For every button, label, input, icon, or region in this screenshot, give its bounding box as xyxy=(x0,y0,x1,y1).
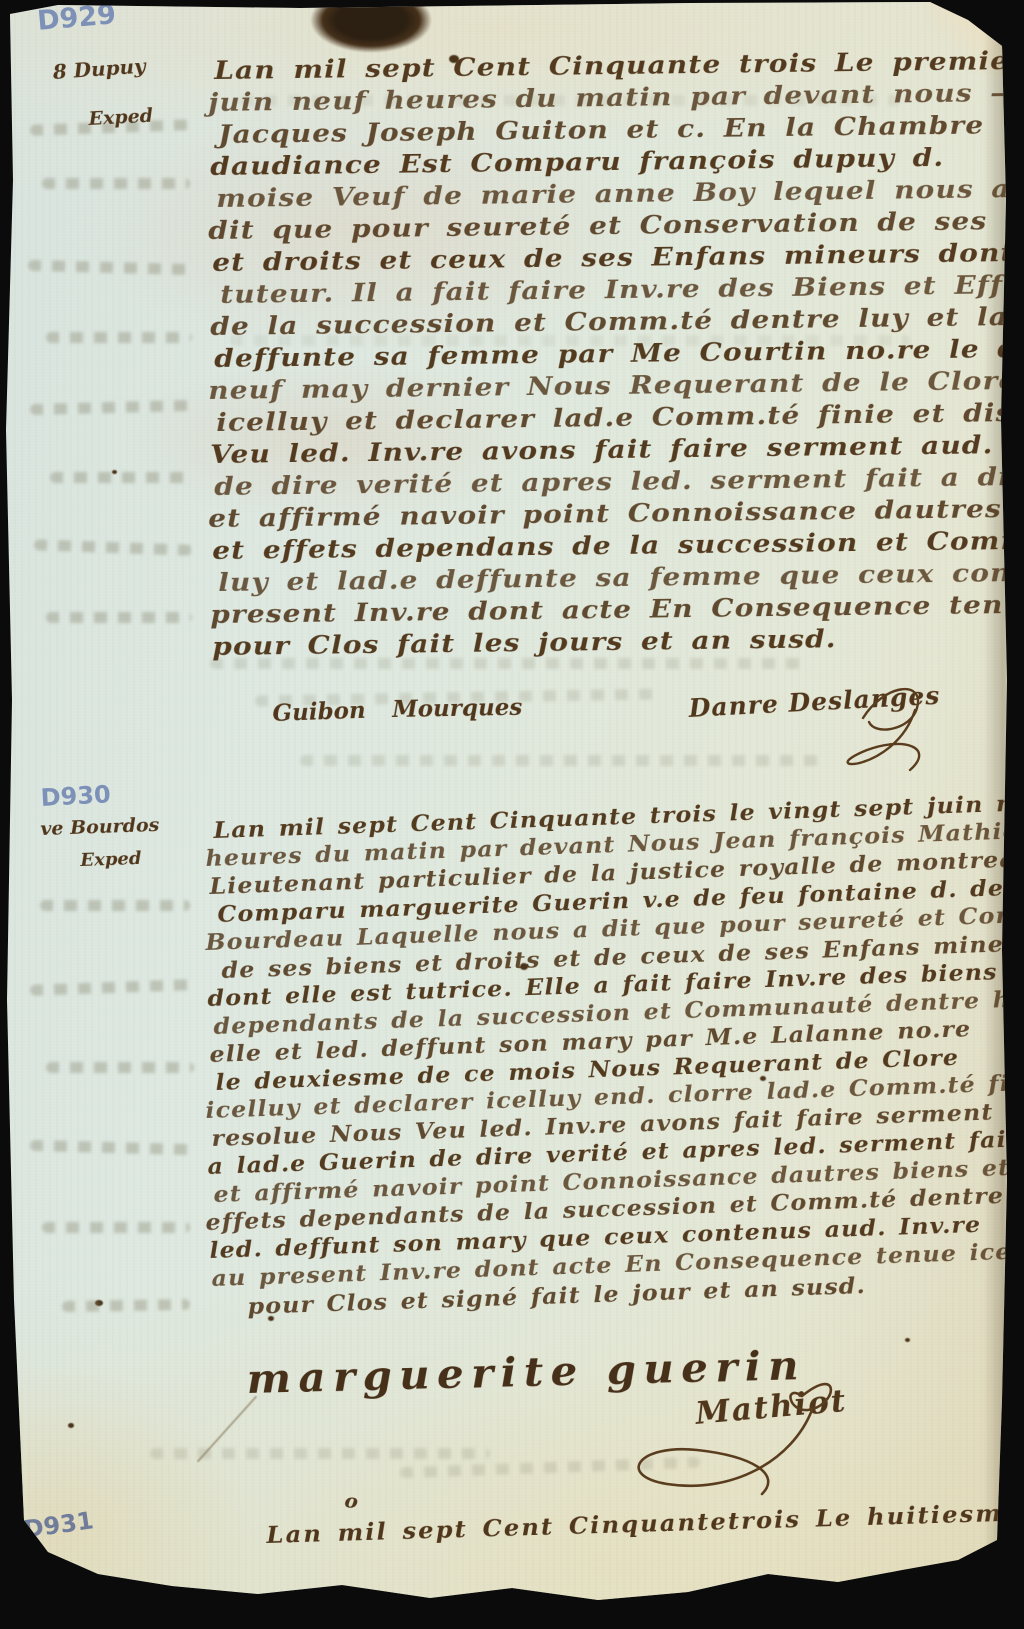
bleedthrough-ghost xyxy=(46,612,192,623)
ink-speck xyxy=(95,1300,103,1306)
signature-paraph-mathiot xyxy=(612,1366,842,1506)
signature-guibon: Guibon xyxy=(272,697,366,727)
bleedthrough-ghost xyxy=(28,260,196,275)
flourish-o-mark: o xyxy=(343,1488,359,1513)
bleedthrough-ghost xyxy=(30,400,192,415)
signature-mourques: Mourques xyxy=(392,694,522,723)
archival-number-d929: D929 xyxy=(36,0,117,37)
bleedthrough-ghost xyxy=(46,332,192,343)
archival-number-d931: D931 xyxy=(22,1506,95,1543)
manuscript-line: pour Clos fait les jours et an susd. xyxy=(212,624,837,661)
archival-number-d930: D930 xyxy=(40,780,111,812)
bleedthrough-ghost xyxy=(46,1062,194,1073)
margin-note-act2-status: Exped xyxy=(80,848,142,871)
ink-speck xyxy=(68,1423,74,1428)
ink-speck xyxy=(112,470,117,474)
manuscript-page: D929 D930 D931 8 Dupuy Exped Lan mil sep… xyxy=(0,0,1024,1629)
bleedthrough-ghost xyxy=(50,472,190,483)
margin-note-act1-status: Exped xyxy=(88,105,154,130)
ink-speck xyxy=(905,1338,910,1342)
bleedthrough-ghost xyxy=(42,178,190,189)
bleedthrough-ghost xyxy=(62,1299,190,1312)
margin-note-act1-party: 8 Dupuy xyxy=(52,54,146,84)
bleedthrough-ghost xyxy=(30,979,192,996)
bleedthrough-ghost xyxy=(34,539,192,556)
bleedthrough-ghost xyxy=(300,755,820,766)
bleedthrough-ghost xyxy=(30,1140,190,1155)
signature-paraph-deslanges xyxy=(855,678,945,788)
scan-background: { "archival_numbers": { "act1": "D929", … xyxy=(0,0,1024,1629)
manuscript-line: daudiance Est Comparu françois dupuy d. xyxy=(210,143,944,181)
margin-note-act2-party: ve Bourdos xyxy=(40,814,160,840)
bleedthrough-ghost xyxy=(42,1222,190,1233)
bleedthrough-ghost xyxy=(40,900,190,911)
scratch-mark xyxy=(197,1396,257,1463)
